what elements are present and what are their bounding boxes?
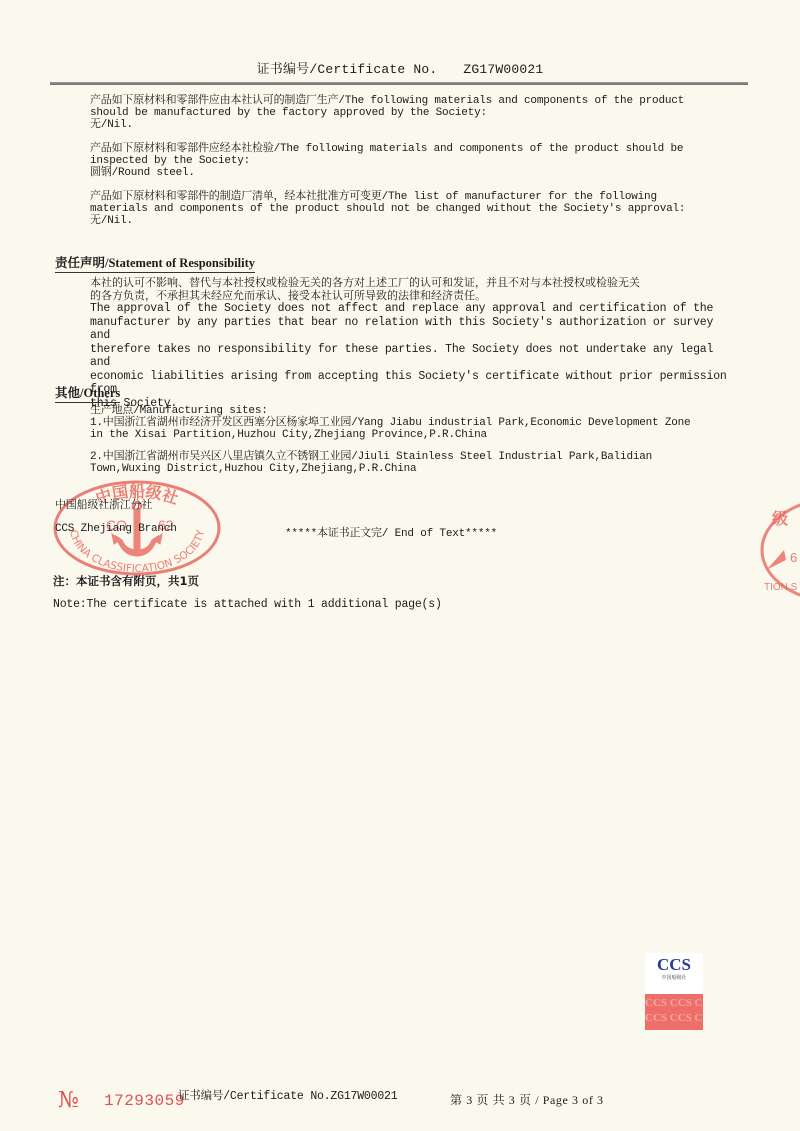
serial-number-symbol: № — [58, 1088, 79, 1113]
serial-number: 17293059 — [104, 1092, 185, 1110]
paragraph-line: therefore takes no responsibility for th… — [90, 343, 730, 370]
site-line: Town,Wuxing District,Huzhou City,Zhejian… — [90, 463, 750, 475]
svg-text:6: 6 — [790, 550, 797, 565]
paragraph-line: 产品如下原材料和零部件应由本社认可的制造厂生产/The following ma… — [90, 95, 720, 107]
paragraph-line: economic liabilities arising from accept… — [90, 370, 730, 397]
page-indicator: 第 3 页 共 3 页 / Page 3 of 3 — [450, 1091, 604, 1108]
manufacturer-list: 产品如下原材料和零部件的制造厂清单，经本社批准方可变更/The list of … — [90, 191, 720, 227]
note-cn: 注：本证书含有附页，共1页 — [53, 573, 199, 589]
paragraph-value: 无/Nil. — [90, 215, 720, 227]
paragraph-line: 产品如下原材料和零部件应经本社检验/The following material… — [90, 143, 720, 155]
paragraph-line: 的各方负责，不承担其未经应允而承认、接受本社认可所导致的法律和经济责任。 — [90, 289, 730, 302]
others-heading: 其他/Others — [55, 383, 120, 403]
sites-label: 生产地点/Manufacturing sites: — [90, 405, 750, 417]
end-of-text: *****本证书正文完/ End of Text***** — [285, 528, 497, 540]
paragraph-line: 产品如下原材料和零部件的制造厂清单，经本社批准方可变更/The list of … — [90, 191, 720, 203]
certificate-number: ZG17W00021 — [463, 62, 543, 77]
svg-text:TION S: TION S — [764, 582, 798, 593]
footer-certificate-number: 证书编号/Certificate No.ZG17W00021 — [178, 1091, 397, 1103]
paragraph-line: should be manufactured by the factory ap… — [90, 107, 720, 119]
paragraph-line: manufacturer by any parties that bear no… — [90, 316, 730, 343]
paragraph-value: 圆钢/Round steel. — [90, 167, 720, 179]
note-en: Note:The certificate is attached with 1 … — [53, 599, 442, 611]
issuer-branch: 中国船级社浙江分社 CCS Zhejiang Branch — [55, 499, 177, 547]
branch-name-cn: 中国船级社浙江分社 — [55, 499, 177, 511]
certificate-label: 证书编号/Certificate No. — [257, 62, 438, 77]
certificate-header: 证书编号/Certificate No.ZG17W00021 — [0, 64, 800, 76]
paragraph-line: 本社的认可不影响、替代与本社授权或检验无关的各方对上述工厂的认可和发证，并且不对… — [90, 276, 730, 289]
manufacturing-sites: 生产地点/Manufacturing sites: 1.中国浙江省湖州市经济开发… — [90, 405, 750, 475]
svg-text:级: 级 — [772, 509, 788, 528]
materials-factory-approved: 产品如下原材料和零部件应由本社认可的制造厂生产/The following ma… — [90, 95, 720, 131]
site-line: in the Xisai Partition,Huzhou City,Zheji… — [90, 429, 750, 441]
branch-name-en: CCS Zhejiang Branch — [55, 523, 177, 535]
ccs-security-strip: CCS CCS CCS CCS CCS CCS — [645, 994, 703, 1030]
ccs-logo: CCS 中国船级社 — [645, 953, 703, 994]
paragraph-line: inspected by the Society: — [90, 155, 720, 167]
responsibility-body: 本社的认可不影响、替代与本社授权或检验无关的各方对上述工厂的认可和发证，并且不对… — [90, 276, 730, 410]
paragraph-line: The approval of the Society does not aff… — [90, 302, 730, 316]
materials-inspected: 产品如下原材料和零部件应经本社检验/The following material… — [90, 143, 720, 179]
paragraph-value: 无/Nil. — [90, 119, 720, 131]
site-line: 2.中国浙江省湖州市吴兴区八里店镇久立不锈钢工业园/Jiuli Stainles… — [90, 451, 750, 463]
ccs-security-label: CCS 中国船级社 CCS CCS CCS CCS CCS CCS — [645, 953, 703, 1038]
site-line: 1.中国浙江省湖州市经济开发区西塞分区杨家埠工业园/Yang Jiabu ind… — [90, 417, 750, 429]
responsibility-heading: 责任声明/Statement of Responsibility — [55, 253, 255, 273]
paragraph-line: materials and components of the product … — [90, 203, 720, 215]
partial-seal-stamp: 级 6 TION S — [758, 490, 800, 610]
header-divider — [50, 82, 748, 85]
